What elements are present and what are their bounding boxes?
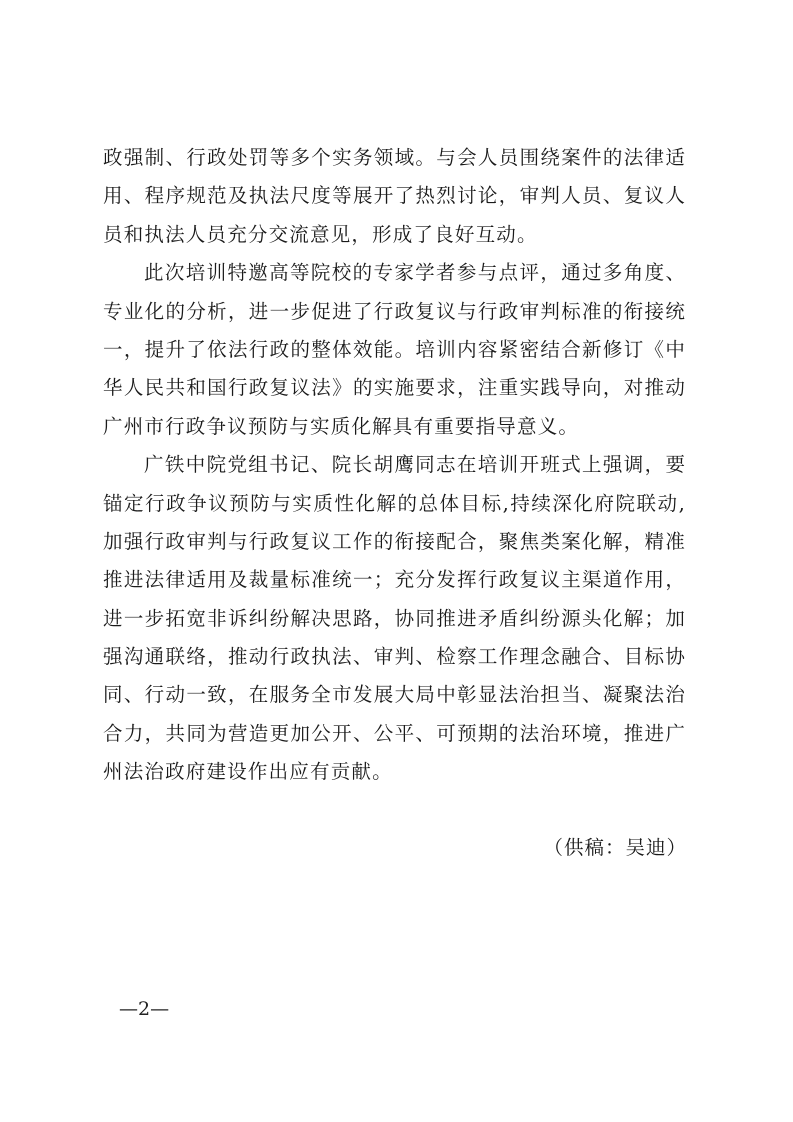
paragraph-2-line-3: 一，提升了依法行政的整体效能。培训内容紧密结合新修订《中 bbox=[103, 336, 685, 374]
paragraph-3-line-4: 推进法律适用及裁量标准统一；充分发挥行政复议主渠道作用， bbox=[103, 566, 685, 604]
paragraph-3-line-7: 同、行动一致，在服务全市发展大局中彰显法治担当、凝聚法治 bbox=[103, 681, 685, 719]
paragraph-2-line-1: 此次培训特邀高等院校的专家学者参与点评，通过多角度、 bbox=[103, 259, 685, 297]
paragraph-3-line-9: 州法治政府建设作出应有贡献。 bbox=[103, 758, 685, 796]
paragraph-3-line-5: 进一步拓宽非诉纠纷解决思路，协同推进矛盾纠纷源头化解；加 bbox=[103, 605, 685, 643]
paragraph-3-line-8: 合力，共同为营造更加公开、公平、可预期的法治环境，推进广 bbox=[103, 720, 685, 758]
paragraph-2-line-2: 专业化的分析，进一步促进了行政复议与行政审判标准的衔接统 bbox=[103, 298, 685, 336]
paragraph-1-line-3: 员和执法人员充分交流意见，形成了良好互动。 bbox=[103, 221, 685, 259]
paragraph-3-line-1: 广铁中院党组书记、院长胡鹰同志在培训开班式上强调，要 bbox=[103, 451, 685, 489]
author-credit: （供稿：吴迪） bbox=[543, 834, 687, 862]
page-number: —2— bbox=[119, 998, 169, 1020]
paragraph-3-line-2: 锚定行政争议预防与实质性化解的总体目标,持续深化府院联动, bbox=[103, 490, 685, 528]
body-text: 政强制、行政处罚等多个实务领域。与会人员围绕案件的法律适 用、程序规范及执法尺度… bbox=[103, 144, 685, 797]
paragraph-3-line-6: 强沟通联络，推动行政执法、审判、检察工作理念融合、目标协 bbox=[103, 643, 685, 681]
paragraph-1-line-1: 政强制、行政处罚等多个实务领域。与会人员围绕案件的法律适 bbox=[103, 144, 685, 182]
paragraph-2-line-4: 华人民共和国行政复议法》的实施要求，注重实践导向，对推动 bbox=[103, 374, 685, 412]
paragraph-3-line-3: 加强行政审判与行政复议工作的衔接配合，聚焦类案化解，精准 bbox=[103, 528, 685, 566]
paragraph-1-line-2: 用、程序规范及执法尺度等展开了热烈讨论，审判人员、复议人 bbox=[103, 182, 685, 220]
document-page: 政强制、行政处罚等多个实务领域。与会人员围绕案件的法律适 用、程序规范及执法尺度… bbox=[0, 0, 793, 1122]
paragraph-2-line-5: 广州市行政争议预防与实质化解具有重要指导意义。 bbox=[103, 413, 685, 451]
